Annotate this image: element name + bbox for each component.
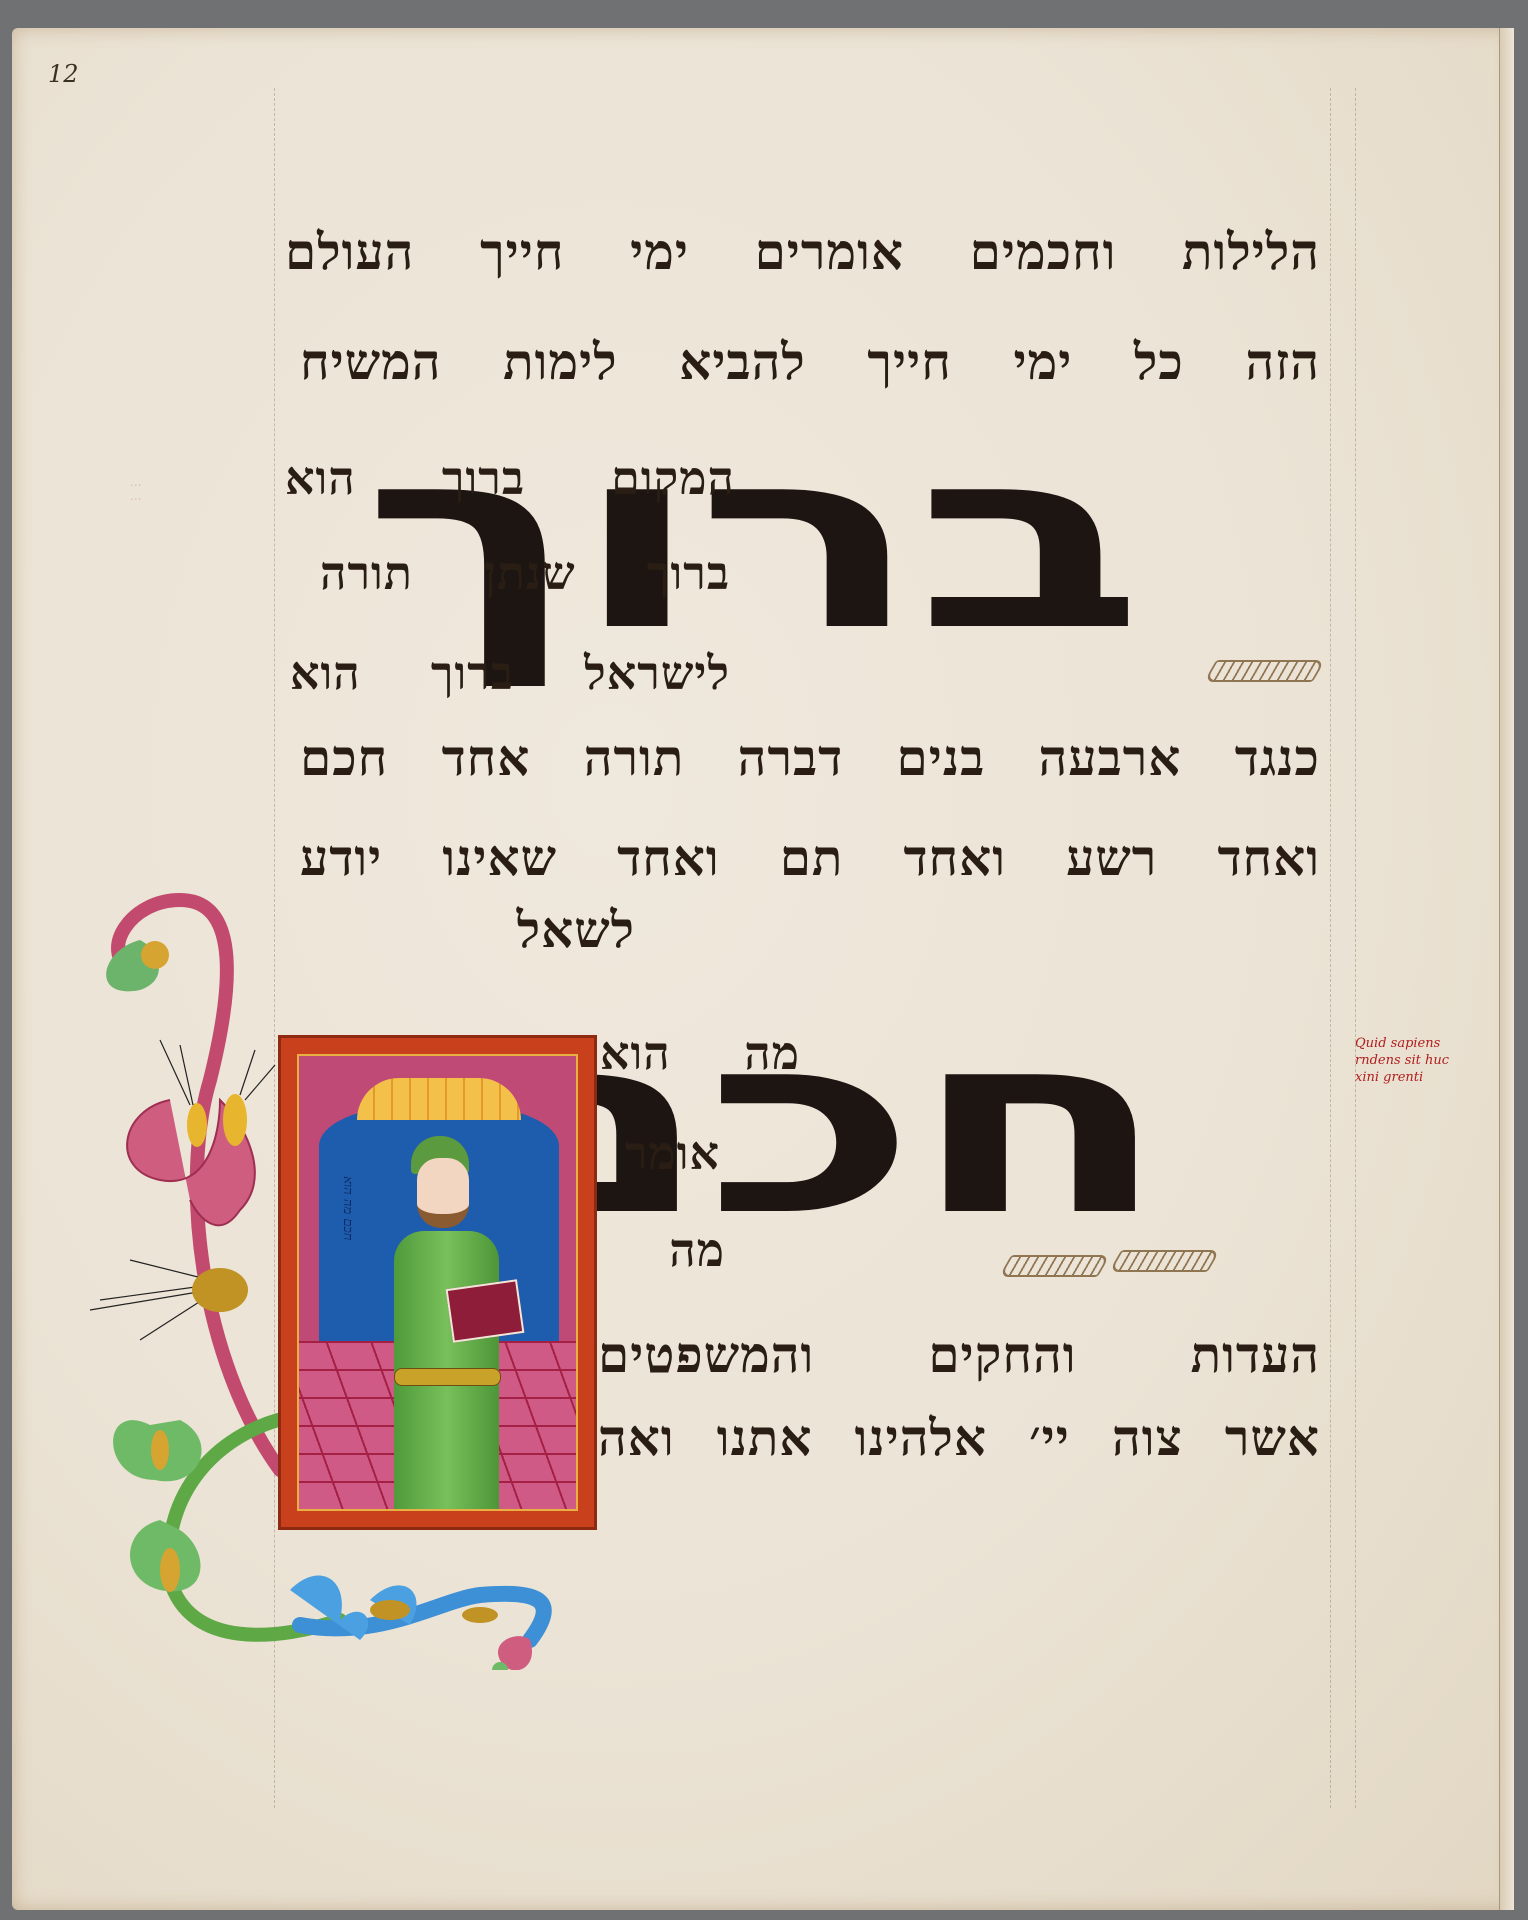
miniature-inscription: חכם מה הוא	[339, 1176, 355, 1241]
latin-margin-note: Quid sapiens rndens sit huc xini grenti	[1355, 1035, 1485, 1086]
faint-pink-note: ... ...	[130, 475, 141, 503]
margin-note-line: rndens sit huc	[1355, 1052, 1485, 1069]
page-fold	[1499, 28, 1514, 1910]
text-line-7: אשר צוה יי׳ אלהינו אתנו ואה	[598, 1408, 1320, 1470]
faint-note-line: ...	[130, 489, 141, 503]
ruling-line-margin	[1355, 88, 1356, 1808]
ruling-line-right	[1330, 88, 1331, 1808]
figure-gold-belt	[394, 1368, 501, 1386]
catchword-scroll-2	[999, 1255, 1111, 1277]
text-line-6: העדות והחקים והמשפטים	[598, 1325, 1320, 1387]
folio-number: 12	[48, 60, 79, 88]
side-line-1c: לישראל ברוך הוא	[290, 645, 730, 703]
catchword-scroll-1	[1204, 660, 1326, 682]
text-line-1: הלילות וחכמים אומרים ימי חייך העולם	[285, 222, 1320, 284]
side-line-1b: ברוך שנתן תורה	[320, 545, 730, 603]
margin-note-line: Quid sapiens	[1355, 1035, 1485, 1052]
side-line-1a: המקום ברוך הוא	[285, 450, 735, 508]
faint-note-line: ...	[130, 475, 141, 489]
text-line-3: כנגד ארבעה בנים דברה תורה אחד חכם	[300, 728, 1320, 790]
miniature-arch-sunrays	[357, 1078, 521, 1120]
margin-note-line: xini grenti	[1355, 1069, 1485, 1086]
illuminated-miniature: חכם מה הוא	[278, 1035, 597, 1530]
figure-open-book	[446, 1279, 525, 1342]
text-line-2: הזה כל ימי חייך להביא לימות המשיח	[300, 332, 1320, 394]
miniature-scene: חכם מה הוא	[297, 1054, 578, 1511]
catchword-scroll-3	[1109, 1250, 1221, 1272]
figure-head	[417, 1158, 469, 1228]
